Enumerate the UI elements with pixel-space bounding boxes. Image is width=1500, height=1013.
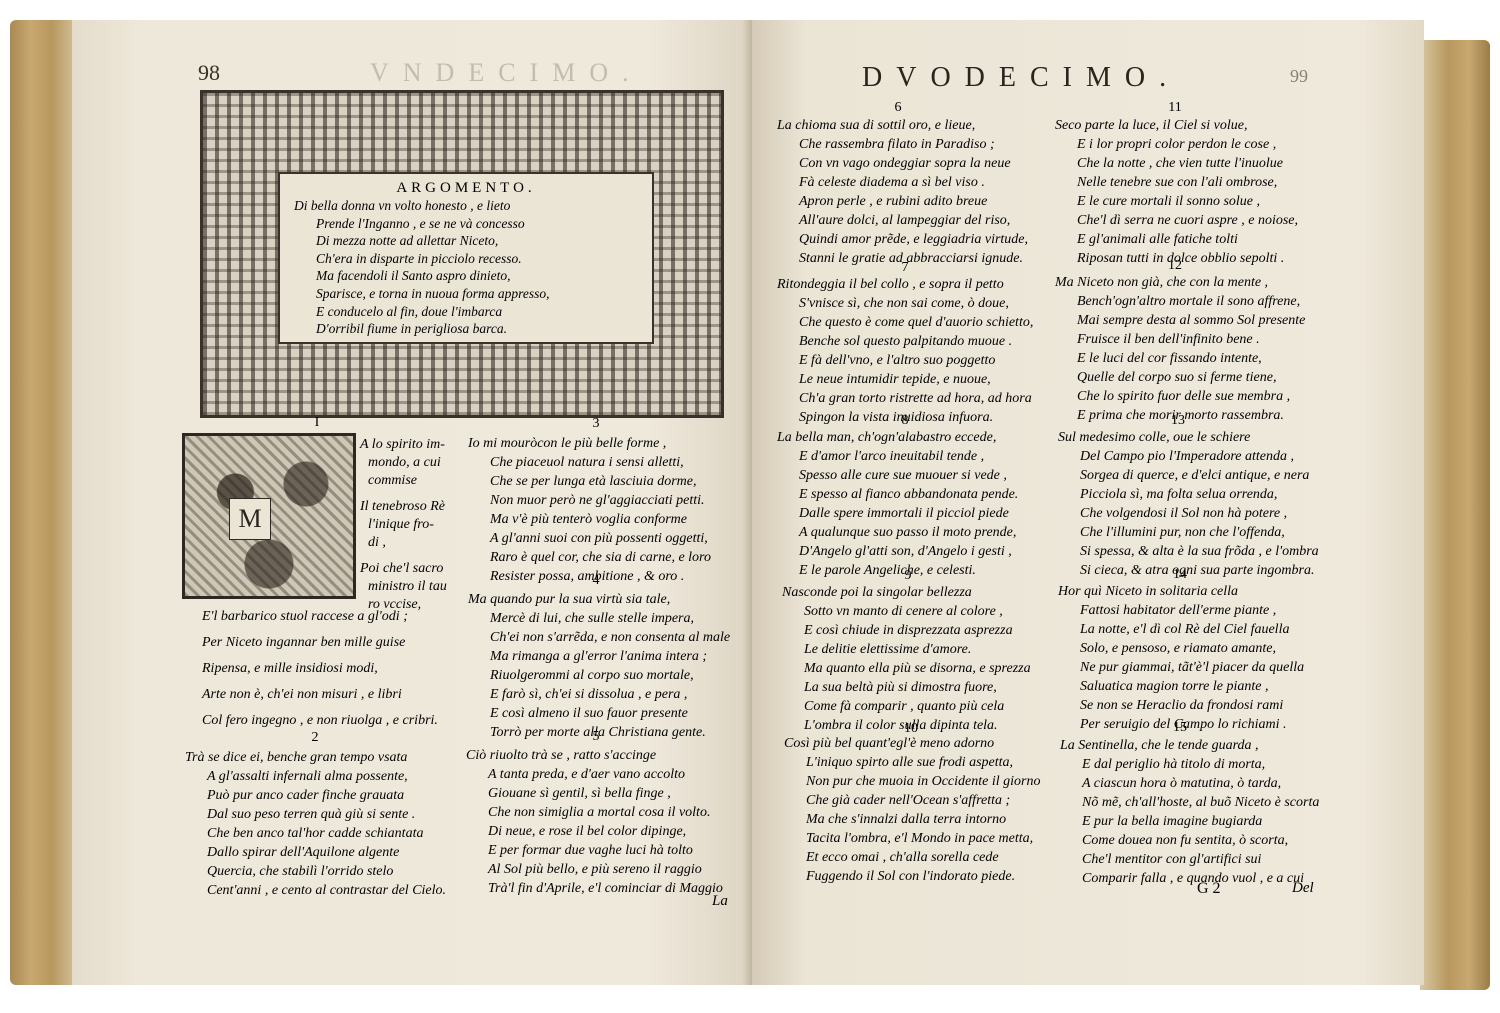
- left-folio: 98: [198, 60, 220, 86]
- verse-line: Ma Niceto non già, che con la mente ,: [1055, 273, 1305, 292]
- verse-line: Mai sempre desta al sommo Sol presente: [1055, 311, 1305, 330]
- verse-line: E così chiude in disprezzata asprezza: [782, 621, 1031, 640]
- stanza-12: Ma Niceto non già, che con la mente , Be…: [1055, 273, 1305, 425]
- verse-line: Che la notte , che vien tutte l'inuolue: [1055, 154, 1298, 173]
- signature-mark: G 2: [1197, 880, 1221, 898]
- verse-line: Sorgea di querce, e d'elci antique, e ne…: [1058, 466, 1319, 485]
- verse-line: Solo, e pensoso, e riamato amante,: [1058, 639, 1304, 658]
- verse-line: Che questo è come quel d'auorio schietto…: [777, 313, 1033, 332]
- stanza-2: Trà se dice ei, benche gran tempo vsata …: [185, 748, 446, 900]
- verse-line: A ciascun hora ò matutina, ò tarda,: [1060, 774, 1319, 793]
- verse-line: Non muor però ne gl'aggiacciati petti.: [468, 491, 711, 510]
- stanza-number: 14: [1165, 567, 1195, 583]
- left-page-edges: [10, 20, 80, 985]
- verse-line: E gl'animali alle fatiche tolti: [1055, 230, 1298, 249]
- stanza-number: 9: [893, 568, 923, 584]
- stanza-15: La Sentinella, che le tende guarda , E d…: [1060, 736, 1319, 888]
- argomento-line: Di bella donna vn volto honesto , e liet…: [294, 197, 652, 215]
- verse-line: La sua beltà più si dimostra fuore,: [782, 678, 1031, 697]
- verse-line: Può pur anco cader finche grauata: [185, 786, 446, 805]
- verse-line: Dallo spirar dell'Aquilone algente: [185, 843, 446, 862]
- verse-line: Bench'ogn'altro mortale il sono affrene,: [1055, 292, 1305, 311]
- verse-line: Ne pur giammai, tãt'è'l piacer da quella: [1058, 658, 1304, 677]
- verse-line: A gl'assalti infernali alma possente,: [185, 767, 446, 786]
- verse-line: Mercè di lui, che sulle stelle impera,: [468, 609, 730, 628]
- stanza-1-continued: E'l barbarico stuol raccese a gl'odi ; P…: [202, 604, 438, 734]
- verse-line: La bella man, ch'ogn'alabastro eccede,: [777, 428, 1018, 447]
- verse-line: Con vn vago ondeggiar sopra la neue: [777, 154, 1028, 173]
- verse-line: Nasconde poi la singolar bellezza: [782, 583, 1031, 602]
- verse-line: commise: [360, 472, 447, 490]
- verse-line: Cent'anni , e cento al contrastar del Ci…: [185, 881, 446, 900]
- verse-line: E per formar due vaghe luci hà tolto: [466, 841, 723, 860]
- verse-line: Ma quanto ella più se disorna, e sprezza: [782, 659, 1031, 678]
- verse-line: Fà celeste diadema a sì bel viso .: [777, 173, 1028, 192]
- stanza-number: 11: [1160, 100, 1190, 116]
- argomento-line: Sparisce, e torna in nuoua forma appress…: [294, 285, 652, 303]
- verse-line: La chioma sua di sottil oro, e lieue,: [777, 116, 1028, 135]
- stanza-number: 6: [883, 100, 913, 116]
- verse-line: Riuolgerommi al corpo suo mortale,: [468, 666, 730, 685]
- stanza-4: Ma quando pur la sua virtù sia tale, Mer…: [468, 590, 730, 742]
- left-running-head-showthrough: VNDECIMO.: [370, 58, 643, 88]
- verse-line: Che se per lunga età lasciuia dorme,: [468, 472, 711, 491]
- stanza-5: Ciò riuolto trà se , ratto s'accinge A t…: [466, 746, 723, 898]
- verse-line: Quindi amor prẽde, e leggiadria virtude,: [777, 230, 1028, 249]
- verse-line: Le neue intumidir tepide, e nuoue,: [777, 370, 1033, 389]
- verse-line: Trà'l fin d'Aprile, e'l cominciar di Mag…: [466, 879, 723, 898]
- stanza-number: 7: [890, 260, 920, 276]
- verse-line: Quercia, che stabilì l'orrido stelo: [185, 862, 446, 881]
- verse-line: D'Angelo gl'atti son, d'Angelo i gesti ,: [777, 542, 1018, 561]
- verse-line: E'l barbarico stuol raccese a gl'odi ;: [202, 604, 438, 630]
- verse-line: Nõ mẽ, ch'all'hoste, al buõ Niceto è sco…: [1060, 793, 1319, 812]
- verse-line: l'inique fro-: [360, 516, 447, 534]
- right-page-edges: [1420, 40, 1490, 990]
- verse-line: E d'amor l'arco ineuitabil tende ,: [777, 447, 1018, 466]
- verse-line: Non pur che muoia in Occidente il giorno: [784, 772, 1040, 791]
- verse-line: Si spessa, & alta è la sua frõda , e l'o…: [1058, 542, 1319, 561]
- verse-line: Sul medesimo colle, oue le schiere: [1058, 428, 1319, 447]
- verse-line: Apron perle , e rubini adito breue: [777, 192, 1028, 211]
- stanza-11: Seco parte la luce, il Ciel si volue, E …: [1055, 116, 1298, 268]
- stanza-14: Hor quì Niceto in solitaria cella Fattos…: [1058, 582, 1304, 734]
- verse-line: Dal suo peso terren quà giù si sente .: [185, 805, 446, 824]
- verse-line: Dalle spere immortali il picciol piede: [777, 504, 1018, 523]
- left-catchword: La: [712, 893, 728, 910]
- verse-line: Come douea non fu sentita, ò scorta,: [1060, 831, 1319, 850]
- verse-line: Ma quando pur la sua virtù sia tale,: [468, 590, 730, 609]
- verse-line: ministro il tau: [360, 578, 447, 596]
- verse-line: Poi che'l sacro: [360, 560, 447, 578]
- argomento-box: ARGOMENTO. Di bella donna vn volto hones…: [278, 172, 654, 344]
- verse-line: A lo spirito im-: [360, 436, 447, 454]
- verse-line: A gl'anni suoi con più possenti oggetti,: [468, 529, 711, 548]
- verse-line: Per Niceto ingannar ben mille guise: [202, 630, 438, 656]
- stanza-10: Così più bel quant'egl'è meno adorno L'i…: [784, 734, 1040, 886]
- verse-line: Ma v'è più tenterò voglia conforme: [468, 510, 711, 529]
- argomento-title: ARGOMENTO.: [280, 180, 652, 197]
- stanza-number: 8: [890, 413, 920, 429]
- stanza-number: 2: [300, 730, 330, 746]
- verse-line: mondo, a cui: [360, 454, 447, 472]
- verse-line: E fà dell'vno, e l'altro suo poggetto: [777, 351, 1033, 370]
- verse-line: Ripensa, e mille insidiosi modi,: [202, 656, 438, 682]
- verse-line: Che'l mentitor con gl'artifici sui: [1060, 850, 1319, 869]
- initial-letter: M: [229, 498, 271, 540]
- verse-line: La notte, e'l dì col Rè del Ciel fauella: [1058, 620, 1304, 639]
- verse-line: E i lor propri color perdon le cose ,: [1055, 135, 1298, 154]
- open-book: 98 VNDECIMO. ARGOMENTO. Di bella donna v…: [0, 0, 1500, 1013]
- verse-line: Che lo spirito fuor delle sue membra ,: [1055, 387, 1305, 406]
- verse-line: Benche sol questo palpitando muoue .: [777, 332, 1033, 351]
- verse-line: E farò sì, ch'ei si dissolua , e pera ,: [468, 685, 730, 704]
- verse-line: Che ben anco tal'hor cadde schiantata: [185, 824, 446, 843]
- stanza-number: 5: [581, 729, 611, 745]
- stanza-13: Sul medesimo colle, oue le schiere Del C…: [1058, 428, 1319, 580]
- verse-line: Saluatica magion torre le piante ,: [1058, 677, 1304, 696]
- verse-line: A tanta preda, e d'aer vano accolto: [466, 765, 723, 784]
- stanza-number: 4: [581, 573, 611, 589]
- stanza-9: Nasconde poi la singolar bellezza Sotto …: [782, 583, 1031, 735]
- argomento-line: E conducelo al fin, doue l'imbarca: [294, 303, 652, 321]
- verse-line: Fattosi habitator dell'erme piante ,: [1058, 601, 1304, 620]
- argomento-line: D'orribil fiume in perigliosa barca.: [294, 320, 652, 338]
- verse-line: Ritondeggia il bel collo , e sopra il pe…: [777, 275, 1033, 294]
- verse-line: Del Campo pio l'Imperadore attenda ,: [1058, 447, 1319, 466]
- verse-line: S'vnisce sì, che non sai come, ò doue,: [777, 294, 1033, 313]
- decorated-initial: M: [182, 433, 356, 599]
- verse-line: E così almeno il suo fauor presente: [468, 704, 730, 723]
- verse-line: Che già cader nell'Ocean s'affretta ;: [784, 791, 1040, 810]
- verse-line: Trà se dice ei, benche gran tempo vsata: [185, 748, 446, 767]
- verse-line: Che l'illumini pur, non che l'offenda,: [1058, 523, 1319, 542]
- verse-line: E le cure mortali il sonno solue ,: [1055, 192, 1298, 211]
- verse-line: Che volgendosi il Sol non hà potere ,: [1058, 504, 1319, 523]
- verse-line: L'iniquo spirto alle sue frodi aspetta,: [784, 753, 1040, 772]
- verse-line: E le luci del cor fissando intente,: [1055, 349, 1305, 368]
- verse-line: Che piaceuol natura i sensi alletti,: [468, 453, 711, 472]
- verse-line: All'aure dolci, al lampeggiar del riso,: [777, 211, 1028, 230]
- verse-line: Comparir falla , e quando vuol , e a cui: [1060, 869, 1319, 888]
- verse-line: Nelle tenebre sue con l'ali ombrose,: [1055, 173, 1298, 192]
- verse-line: Seco parte la luce, il Ciel si volue,: [1055, 116, 1298, 135]
- verse-line: Ch'a gran torto ristrette ad hora, ad ho…: [777, 389, 1033, 408]
- verse-line: Ch'ei non s'arrẽda, e non consenta al ma…: [468, 628, 730, 647]
- right-catchword: Del: [1292, 880, 1314, 897]
- verse-line: E pur la bella imagine bugiarda: [1060, 812, 1319, 831]
- argomento-line: Ch'era in disparte in picciolo recesso.: [294, 250, 652, 268]
- verse-line: Al Sol più bello, e più sereno il raggio: [466, 860, 723, 879]
- verse-line: Come fà comparir , quanto più cela: [782, 697, 1031, 716]
- verse-line: Quelle del corpo suo si ferme tiene,: [1055, 368, 1305, 387]
- verse-line: E spesso al fianco abbandonata pende.: [777, 485, 1018, 504]
- verse-line: Le delitie elettissime d'amore.: [782, 640, 1031, 659]
- stanza-number: 13: [1163, 413, 1193, 429]
- stanza-1-beside-initial: A lo spirito im- mondo, a cui commise Il…: [360, 436, 447, 614]
- verse-line: Il tenebroso Rè: [360, 498, 447, 516]
- stanza-8: La bella man, ch'ogn'alabastro eccede, E…: [777, 428, 1018, 580]
- argomento-line: Di mezza notte ad allettar Niceto,: [294, 232, 652, 250]
- verse-line: di ,: [360, 534, 447, 552]
- stanza-number: 15: [1165, 720, 1195, 736]
- stanza-number: 3: [581, 416, 611, 432]
- verse-line: A qualunque suo passo il moto prende,: [777, 523, 1018, 542]
- verse-line: Arte non è, ch'ei non misuri , e libri: [202, 682, 438, 708]
- verse-line: Ma che s'innalzi dalla terra intorno: [784, 810, 1040, 829]
- verse-line: Di neue, e rose il bel color dipinge,: [466, 822, 723, 841]
- stanza-7: Ritondeggia il bel collo , e sopra il pe…: [777, 275, 1033, 427]
- verse-line: Giouane sì gentil, sì bella finge ,: [466, 784, 723, 803]
- argomento-line: Prende l'Inganno , e se ne và concesso: [294, 215, 652, 233]
- verse-line: Ma rimanga a gl'error l'anima intera ;: [468, 647, 730, 666]
- verse-line: Così più bel quant'egl'è meno adorno: [784, 734, 1040, 753]
- stanza-number: I: [302, 415, 332, 431]
- argomento-text: Di bella donna vn volto honesto , e liet…: [280, 197, 652, 338]
- verse-line: Fruisce il ben dell'infinito bene .: [1055, 330, 1305, 349]
- stanza-number: 12: [1160, 258, 1190, 274]
- verse-line: Picciola sì, ma folta selua orrenda,: [1058, 485, 1319, 504]
- verse-line: Raro è quel cor, che sia di carne, e lor…: [468, 548, 711, 567]
- verse-line: Che'l dì serra ne cuori aspre , e noiose…: [1055, 211, 1298, 230]
- verse-line: Hor quì Niceto in solitaria cella: [1058, 582, 1304, 601]
- verse-line: Che rassembra filato in Paradiso ;: [777, 135, 1028, 154]
- stanza-6: La chioma sua di sottil oro, e lieue, Ch…: [777, 116, 1028, 268]
- verse-line: Tacita l'ombra, e'l Mondo in pace metta,: [784, 829, 1040, 848]
- right-running-head: DVODECIMO.: [862, 62, 1180, 94]
- verse-line: Io mi mouròcon le più belle forme ,: [468, 434, 711, 453]
- verse-line: Et ecco omai , ch'alla sorella cede: [784, 848, 1040, 867]
- verse-line: Fuggendo il Sol con l'indorato piede.: [784, 867, 1040, 886]
- verse-line: Se non se Heraclio da frondosi rami: [1058, 696, 1304, 715]
- verse-line: Ciò riuolto trà se , ratto s'accinge: [466, 746, 723, 765]
- stanza-3: Io mi mouròcon le più belle forme , Che …: [468, 434, 711, 586]
- verse-line: La Sentinella, che le tende guarda ,: [1060, 736, 1319, 755]
- verse-line: E dal periglio hà titolo di morta,: [1060, 755, 1319, 774]
- verse-line: Che non simiglia a mortal cosa il volto.: [466, 803, 723, 822]
- argomento-line: Ma facendoli il Santo aspro dinieto,: [294, 267, 652, 285]
- verse-line: Spesso alle cure sue muouer si vede ,: [777, 466, 1018, 485]
- right-folio: 99: [1290, 66, 1308, 87]
- verse-line: Sotto vn manto di cenere al colore ,: [782, 602, 1031, 621]
